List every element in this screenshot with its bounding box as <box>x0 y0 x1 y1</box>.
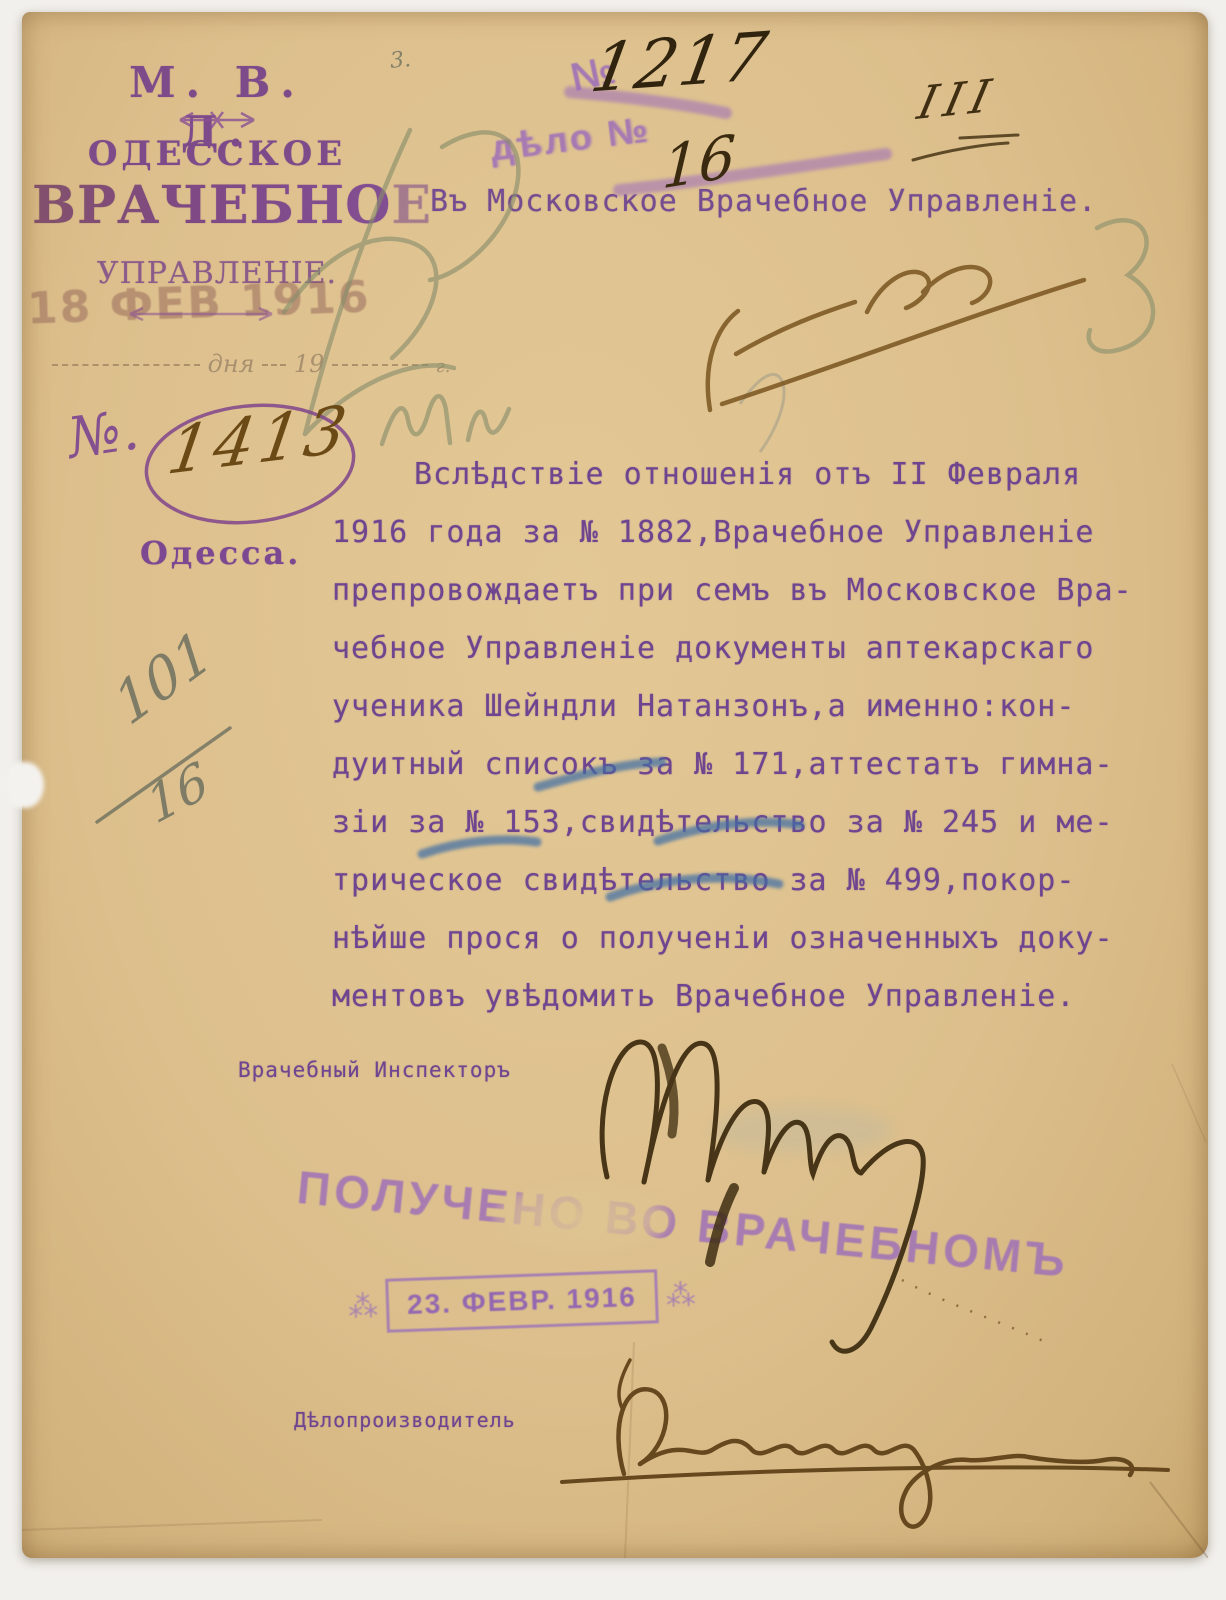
addressee-line: Въ Московское Врачебное Управленіе. <box>430 184 1097 219</box>
folio-mark-underline <box>913 135 1018 160</box>
incoming-number-handwritten: 1217 <box>585 17 774 107</box>
corner-pencil-note: 3. <box>389 47 412 74</box>
body-line: 1916 года за № 1882,Врачебное Управленіе <box>332 504 1172 562</box>
day-word: дня <box>208 350 255 378</box>
body-line: нѣйше прося о полученіи означенныхъ доку… <box>332 910 1172 968</box>
case-number-handwritten: 16 <box>661 122 738 203</box>
document-paper: М. В. Д. ОДЕССКОЕ ВРАЧЕБНОЕ УПРАВЛЕНІЕ. … <box>22 12 1208 1558</box>
day-line-rule <box>52 363 200 366</box>
day-line-rule <box>332 363 428 366</box>
verso-ink-ghost <box>712 1107 892 1153</box>
ink-specks <box>902 1280 1043 1341</box>
clerk-label: Дѣлопроизводитель <box>294 1408 516 1432</box>
body-line: ученика Шейндли Натанзонъ,а именно:кон- <box>332 678 1172 736</box>
date-box-stamp: ⁂ 23. ФЕВР. 1916 ⁂ <box>347 1268 697 1334</box>
body-line: трическое свидѣтельство за № 499,покор- <box>332 852 1172 910</box>
body-line: ментовъ увѣдомить Врачебное Управленіе. <box>332 968 1172 1026</box>
date-box-text: 23. ФЕВР. 1916 <box>385 1269 659 1332</box>
letterhead-org-word: ВРАЧЕБНОЕ <box>32 175 392 236</box>
year-prefix: 19 <box>294 350 325 378</box>
pencil-loop-mark <box>740 374 784 452</box>
letterhead-city-word: ОДЕССКОЕ <box>72 134 362 174</box>
outgoing-number-sign: №. <box>64 397 143 471</box>
stamp-ornament-left: ⁂ <box>347 1289 378 1325</box>
body-text: Вслѣдствіе отношенія отъ II Февраля 1916… <box>332 446 1172 1026</box>
city-line: Одесса. <box>140 534 301 572</box>
body-line: дуитный списокъ за № 171,аттестатъ гимна… <box>332 736 1172 794</box>
inspector-label: Врачебный Инспекторъ <box>238 1058 511 1082</box>
scanned-document-photo: { "letterhead": { "ministry": "М. В. Д."… <box>0 0 1226 1600</box>
stamp-ornament-right: ⁂ <box>665 1277 696 1313</box>
case-number-stamp: дѣло № <box>488 108 653 169</box>
body-line: препровождаетъ при семъ въ Московское Вр… <box>332 562 1172 620</box>
body-line: Вслѣдствіе отношенія отъ II Февраля <box>332 446 1172 504</box>
clerk-signature <box>562 1360 1168 1527</box>
case-note-flourish <box>708 267 1084 410</box>
body-line: зіи за № 153,свидѣтельство за № 245 и ме… <box>332 794 1172 852</box>
stamp-smudge <box>492 1180 672 1256</box>
day-line-rule <box>262 363 286 366</box>
body-line: чебное Управленіе документы аптекарскаго <box>332 620 1172 678</box>
green-pencil-z-mark <box>1089 220 1153 351</box>
margin-fraction-top: 101 <box>105 618 222 739</box>
margin-fraction-bottom: 16 <box>140 751 216 836</box>
outgoing-number-handwritten: 1413 <box>163 392 357 490</box>
received-18feb-stamp: 18 ФЕВ 1916 <box>26 272 348 334</box>
paper-edge-notch <box>8 762 44 808</box>
letterhead-day-line: дня 19 г. <box>52 350 572 378</box>
year-suffix: г. <box>436 356 451 377</box>
folio-mark: III <box>913 68 1002 130</box>
